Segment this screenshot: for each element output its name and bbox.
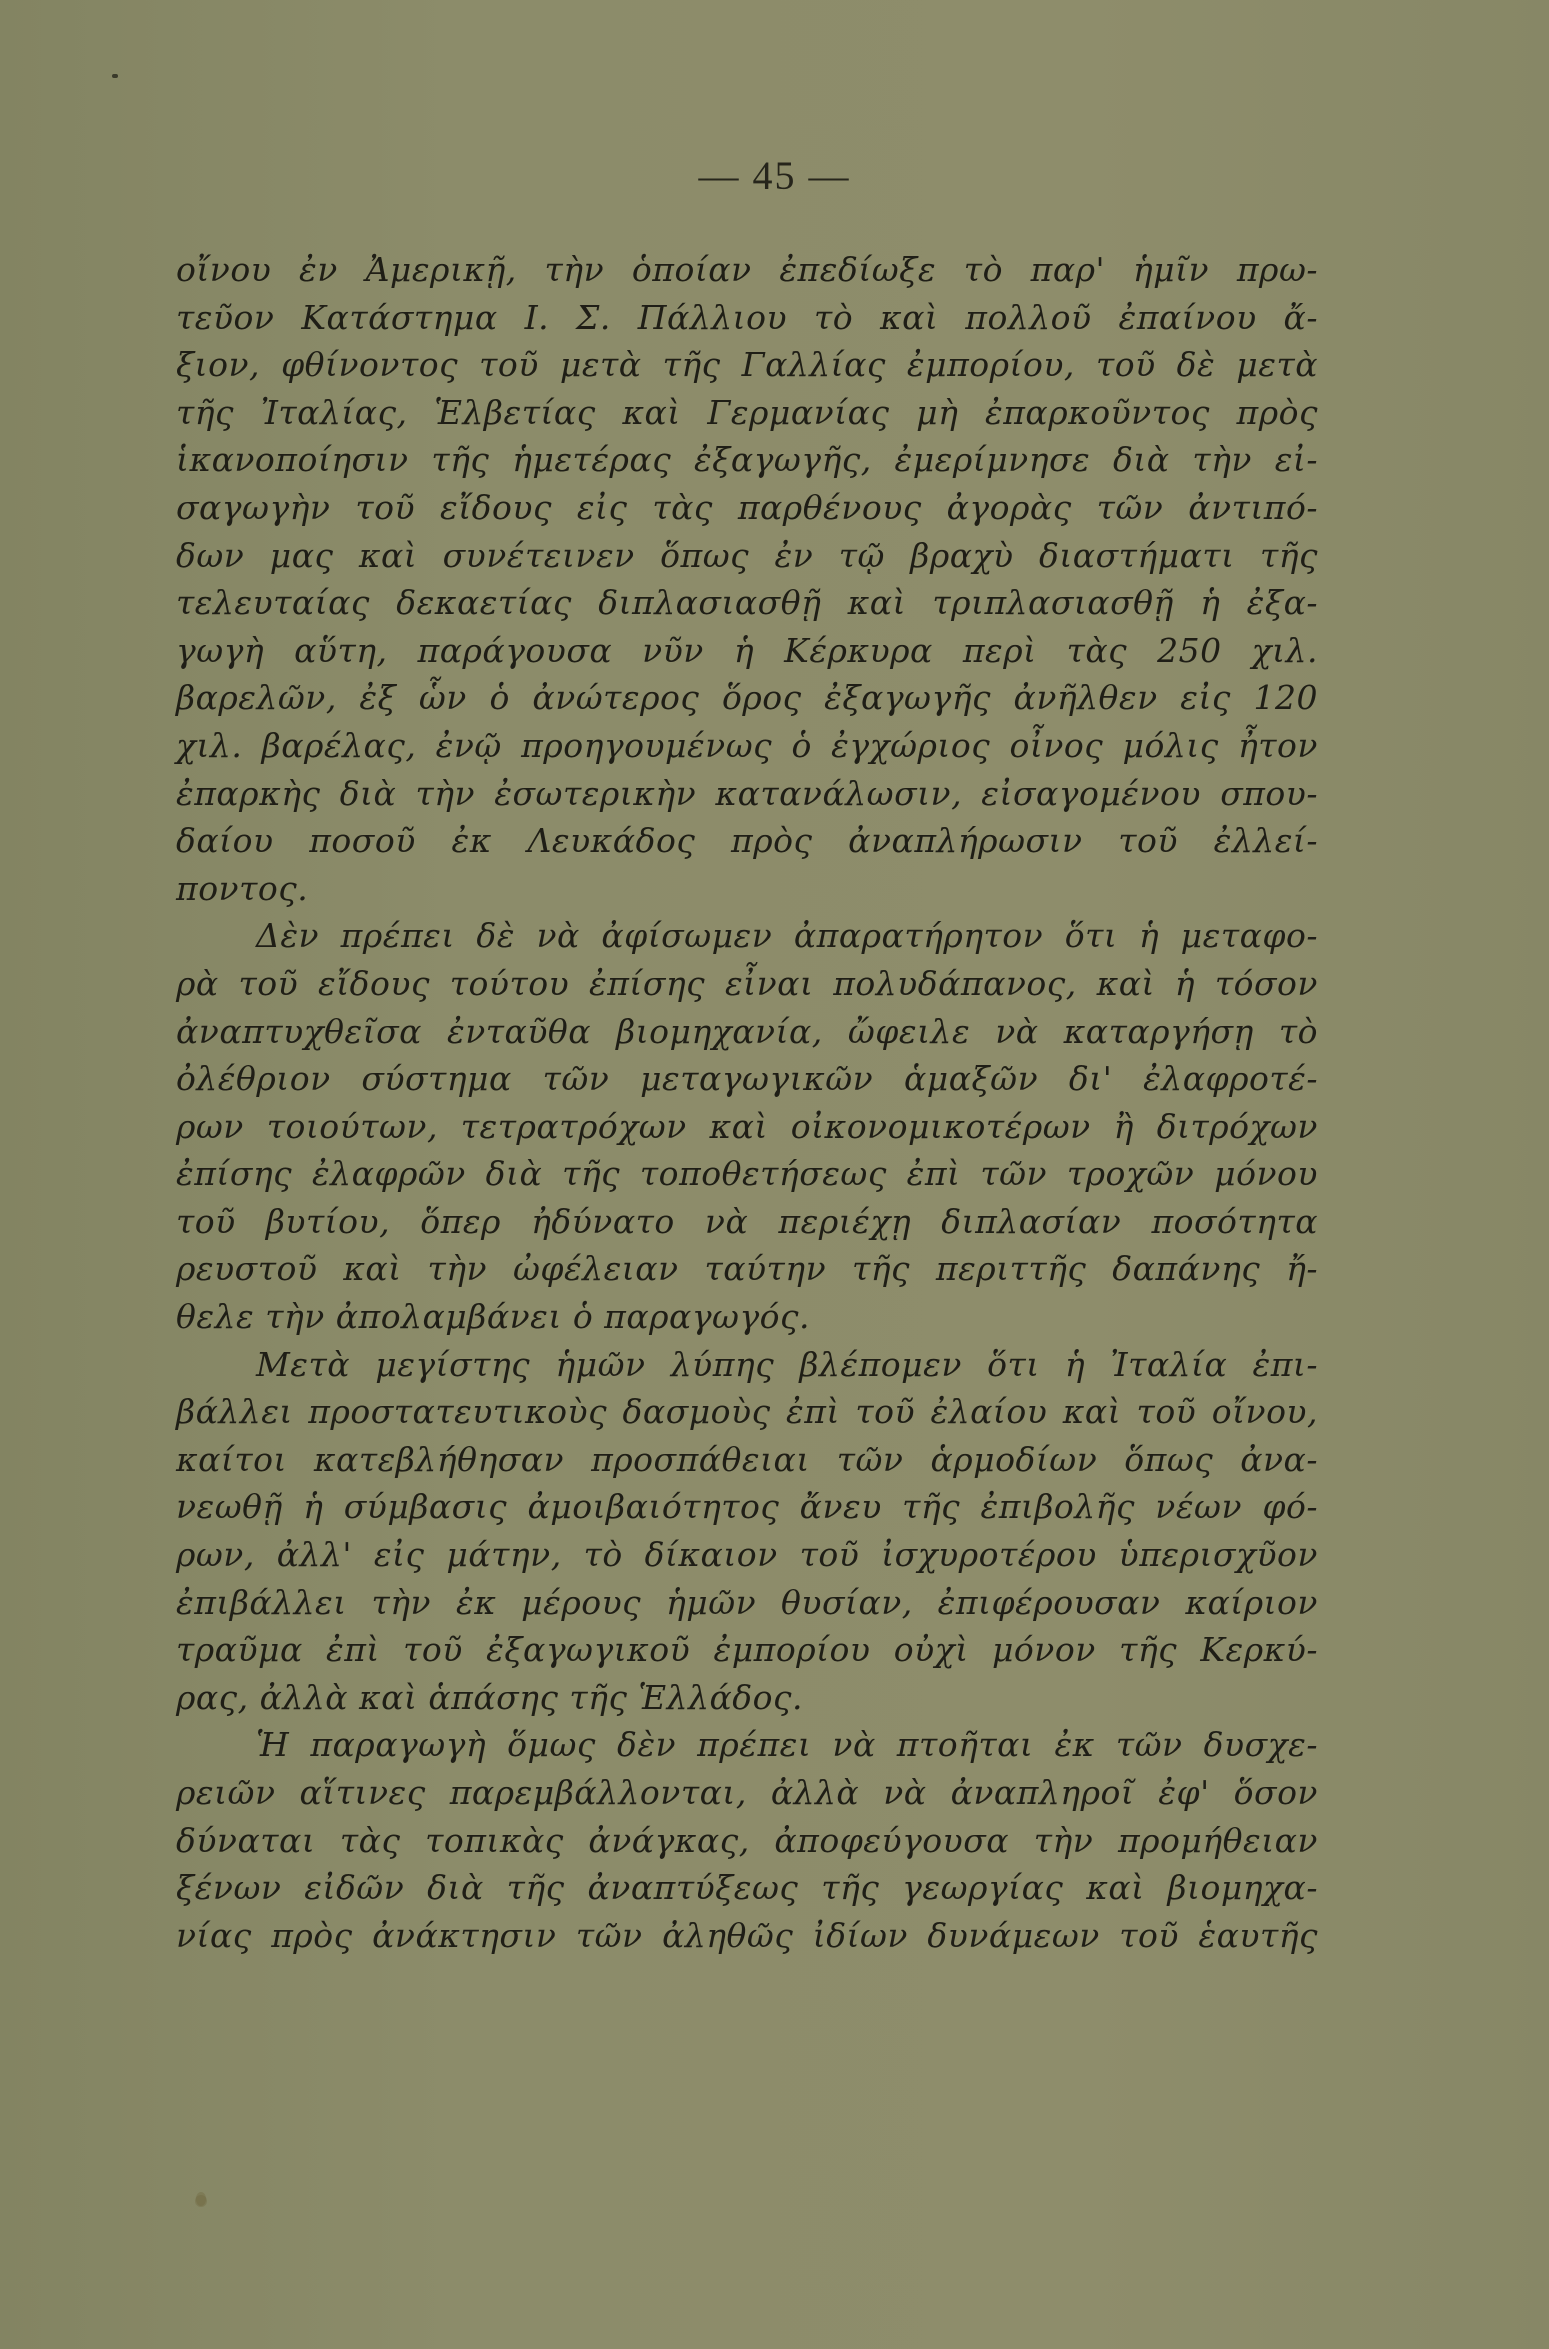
text-line: δύναται τὰς τοπικὰς ἀνάγκας, ἀποφεύγουσα… <box>176 1817 1318 1865</box>
text-line: ξιον, φθίνοντος τοῦ μετὰ τῆς Γαλλίας ἐμπ… <box>176 341 1318 389</box>
text-line: γωγὴ αὕτη, παράγουσα νῦν ἡ Κέρκυρα περὶ … <box>176 627 1318 675</box>
text-line: ξένων εἰδῶν διὰ τῆς ἀναπτύξεως τῆς γεωργ… <box>176 1864 1318 1912</box>
text-line: νεωθῇ ἡ σύμβασις ἀμοιβαιότητος ἄνευ τῆς … <box>176 1483 1318 1531</box>
text-line: θελε τὴν ἀπολαμβάνει ὁ παραγωγός. <box>176 1293 1318 1341</box>
text-line: ἐπίσης ἐλαφρῶν διὰ τῆς τοποθετήσεως ἐπὶ … <box>176 1150 1318 1198</box>
text-line: βαρελῶν, ἐξ ὧν ὁ ἀνώτερος ὅρος ἐξαγωγῆς … <box>176 674 1318 722</box>
text-line: βάλλει προστατευτικοὺς δασμοὺς ἐπὶ τοῦ ἐ… <box>176 1388 1318 1436</box>
text-line: τῆς Ἰταλίας, Ἑλβετίας καὶ Γερμανίας μὴ ἐ… <box>176 389 1318 437</box>
paragraph: Ἡ παραγωγὴ ὅμως δὲν πρέπει νὰ πτοῆται ἐκ… <box>176 1721 1318 1959</box>
text-line: νίας πρὸς ἀνάκτησιν τῶν ἀληθῶς ἰδίων δυν… <box>176 1912 1318 1960</box>
text-line: ρων τοιούτων, τετρατρόχων καὶ οἰκονομικο… <box>176 1103 1318 1151</box>
text-line: ποντος. <box>176 865 1318 913</box>
text-line: ἀναπτυχθεῖσα ἐνταῦθα βιομηχανία, ὤφειλε … <box>176 1008 1318 1056</box>
text-line: τοῦ βυτίου, ὅπερ ἠδύνατο νὰ περιέχῃ διπλ… <box>176 1198 1318 1246</box>
text-line: οἴνου ἐν Ἀμερικῇ, τὴν ὁποίαν ἐπεδίωξε τὸ… <box>176 246 1318 294</box>
text-line: δων μας καὶ συνέτεινεν ὅπως ἐν τῷ βραχὺ … <box>176 532 1318 580</box>
text-line: ρειῶν αἵτινες παρεμβάλλονται, ἀλλὰ νὰ ἀν… <box>176 1769 1318 1817</box>
text-line: ρὰ τοῦ εἴδους τούτου ἐπίσης εἶναι πολυδά… <box>176 960 1318 1008</box>
ink-speck <box>112 74 118 78</box>
text-line: ἐπιβάλλει τὴν ἐκ μέρους ἡμῶν θυσίαν, ἐπι… <box>176 1579 1318 1627</box>
paragraph: οἴνου ἐν Ἀμερικῇ, τὴν ὁποίαν ἐπεδίωξε τὸ… <box>176 246 1318 912</box>
text-line: ὀλέθριον σύστημα τῶν μεταγωγικῶν ἁμαξῶν … <box>176 1055 1318 1103</box>
text-line: ἐπαρκὴς διὰ τὴν ἐσωτερικὴν κατανάλωσιν, … <box>176 770 1318 818</box>
text-line: Δὲν πρέπει δὲ νὰ ἀφίσωμεν ἀπαρατήρητον ὅ… <box>176 912 1318 960</box>
text-line: τεῦον Κατάστημα Ι. Σ. Πάλλιου τὸ καὶ πολ… <box>176 294 1318 342</box>
text-line: ρων, ἀλλ' εἰς μάτην, τὸ δίκαιον τοῦ ἰσχυ… <box>176 1531 1318 1579</box>
text-line: καίτοι κατεβλήθησαν προσπάθειαι τῶν ἁρμο… <box>176 1436 1318 1484</box>
paragraph: Δὲν πρέπει δὲ νὰ ἀφίσωμεν ἀπαρατήρητον ὅ… <box>176 912 1318 1340</box>
paper-stain <box>195 2195 207 2207</box>
text-line: ἱκανοποίησιν τῆς ἡμετέρας ἐξαγωγῆς, ἐμερ… <box>176 436 1318 484</box>
body-text: οἴνου ἐν Ἀμερικῇ, τὴν ὁποίαν ἐπεδίωξε τὸ… <box>176 246 1318 1959</box>
text-line: ρας, ἀλλὰ καὶ ἁπάσης τῆς Ἑλλάδος. <box>176 1674 1318 1722</box>
text-line: ρευστοῦ καὶ τὴν ὠφέλειαν ταύτην τῆς περι… <box>176 1245 1318 1293</box>
text-line: σαγωγὴν τοῦ εἴδους εἰς τὰς παρθένους ἀγο… <box>176 484 1318 532</box>
text-line: δαίου ποσοῦ ἐκ Λευκάδος πρὸς ἀναπλήρωσιν… <box>176 817 1318 865</box>
text-line: χιλ. βαρέλας, ἐνῷ προηγουμένως ὁ ἐγχώριο… <box>176 722 1318 770</box>
text-line: τραῦμα ἐπὶ τοῦ ἐξαγωγικοῦ ἐμπορίου οὐχὶ … <box>176 1626 1318 1674</box>
text-line: τελευταίας δεκαετίας διπλασιασθῇ καὶ τρι… <box>176 579 1318 627</box>
text-line: Ἡ παραγωγὴ ὅμως δὲν πρέπει νὰ πτοῆται ἐκ… <box>176 1721 1318 1769</box>
paragraph: Μετὰ μεγίστης ἡμῶν λύπης βλέπομεν ὅτι ἡ … <box>176 1341 1318 1722</box>
text-line: Μετὰ μεγίστης ἡμῶν λύπης βλέπομεν ὅτι ἡ … <box>176 1341 1318 1389</box>
page-number: — 45 — <box>0 152 1549 199</box>
